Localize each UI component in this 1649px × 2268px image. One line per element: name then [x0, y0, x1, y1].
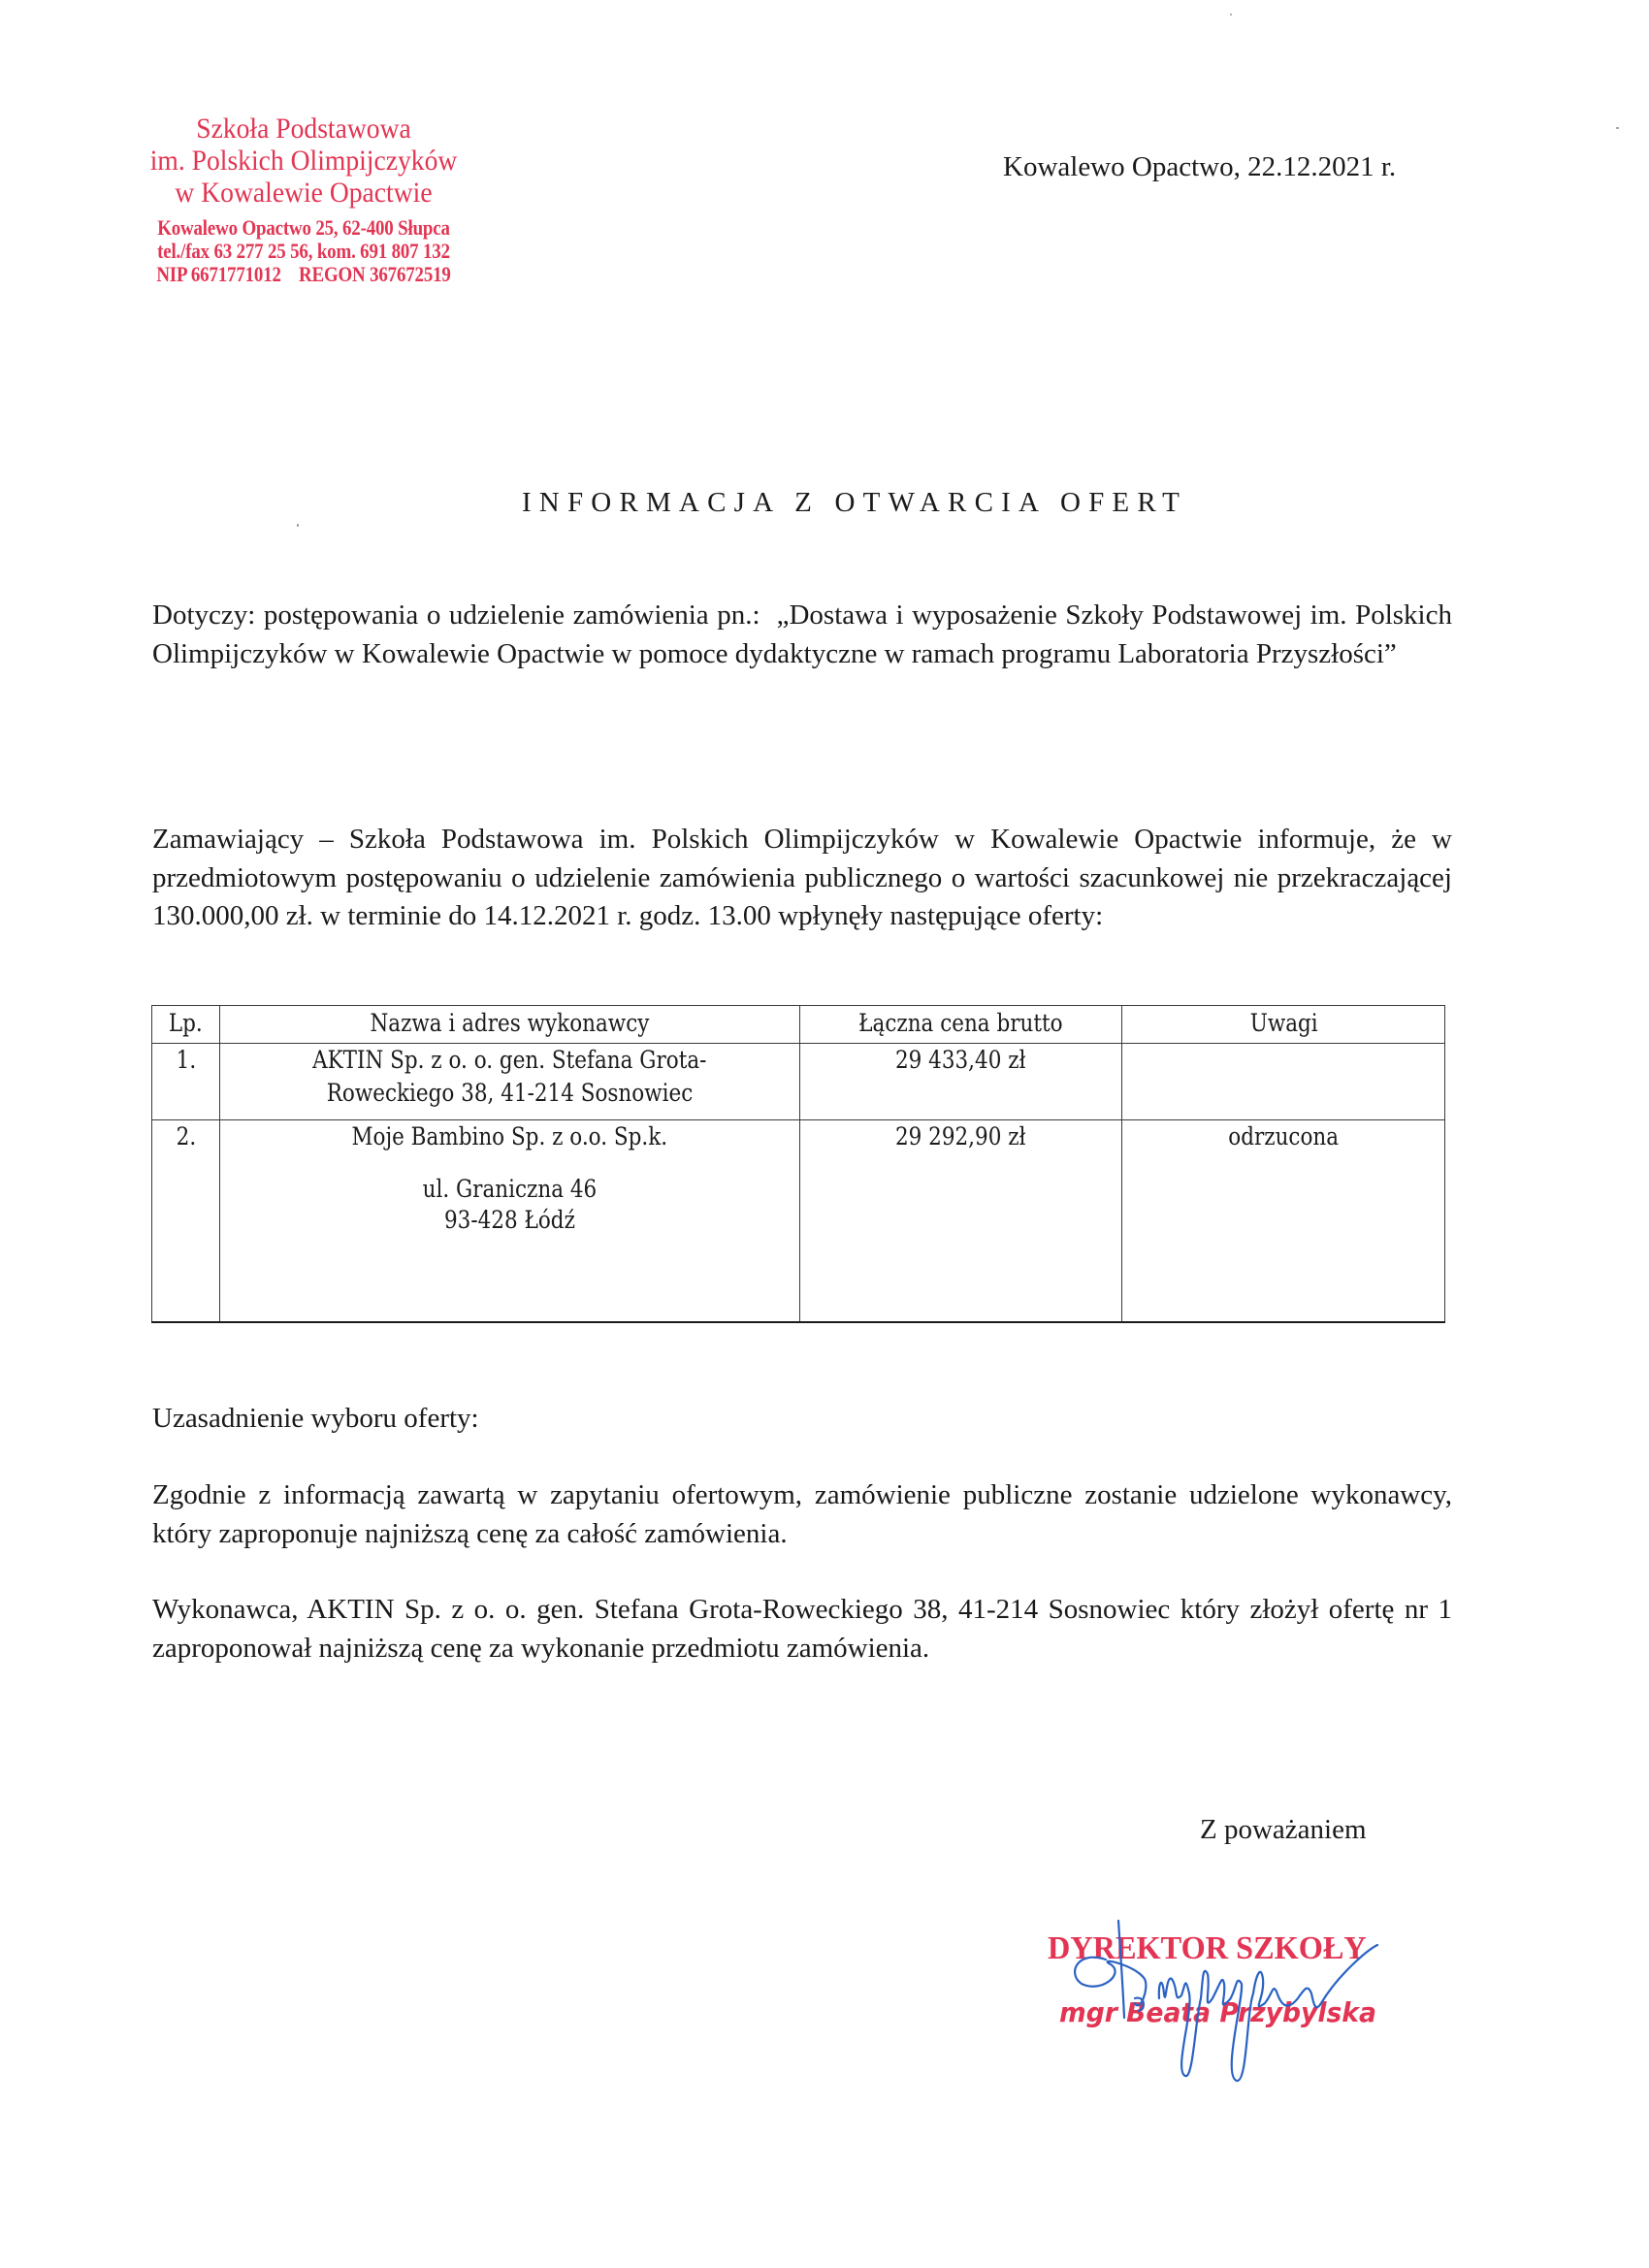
school-name-line-2: im. Polskich Olimpijczyków: [130, 145, 478, 177]
cell-notes: [1122, 1044, 1445, 1120]
school-header-stamp: Szkoła Podstawowa im. Polskich Olimpijcz…: [114, 113, 493, 286]
school-name-line-3: w Kowalewie Opactwie: [130, 177, 478, 209]
justification-paragraph-1: Zgodnie z informacją zawartą w zapytaniu…: [152, 1476, 1452, 1553]
table-row: 2. Moje Bambino Sp. z o.o. Sp.k. ul. Gra…: [152, 1120, 1445, 1323]
justification-paragraph-2: Wykonawca, AKTIN Sp. z o. o. gen. Stefan…: [152, 1591, 1452, 1668]
handwritten-signature-icon: [1057, 1906, 1406, 2120]
closing-salutation: Z poważaniem: [1200, 1814, 1367, 1846]
offers-table: Lp. Nazwa i adres wykonawcy Łączna cena …: [151, 1005, 1445, 1323]
cell-price: 29 292,90 zł: [799, 1120, 1122, 1323]
column-header-contractor: Nazwa i adres wykonawcy: [219, 1006, 799, 1044]
document-title: INFORMACJA Z OTWARCIA OFERT: [0, 487, 1649, 519]
cell-contractor: AKTIN Sp. z o. o. gen. Stefana Grota- Ro…: [219, 1044, 799, 1120]
justification-label: Uzasadnienie wyboru oferty:: [152, 1403, 479, 1435]
cell-lp: 1.: [152, 1044, 220, 1120]
column-header-lp: Lp.: [152, 1006, 220, 1044]
scan-speck: [1230, 14, 1232, 16]
school-phone: tel./fax 63 277 25 56, kom. 691 807 132: [141, 240, 466, 263]
scan-speck: [1616, 127, 1619, 129]
intro-paragraph: Zamawiający – Szkoła Podstawowa im. Pols…: [152, 821, 1452, 936]
school-name-line-1: Szkoła Podstawowa: [130, 113, 478, 145]
cell-lp: 2.: [152, 1120, 220, 1323]
scan-speck: [297, 524, 299, 527]
table-header-row: Lp. Nazwa i adres wykonawcy Łączna cena …: [152, 1006, 1445, 1044]
cell-contractor: Moje Bambino Sp. z o.o. Sp.k. ul. Granic…: [219, 1120, 799, 1323]
column-header-price: Łączna cena brutto: [799, 1006, 1122, 1044]
document-page: Szkoła Podstawowa im. Polskich Olimpijcz…: [0, 0, 1649, 2268]
cell-price: 29 433,40 zł: [799, 1044, 1122, 1120]
school-tax-ids: NIP 6671771012 REGON 367672519: [141, 263, 466, 286]
school-address: Kowalewo Opactwo 25, 62-400 Słupca: [141, 216, 466, 240]
column-header-notes: Uwagi: [1122, 1006, 1445, 1044]
subject-paragraph: Dotyczy: postępowania o udzielenie zamów…: [152, 597, 1452, 673]
table-row: 1. AKTIN Sp. z o. o. gen. Stefana Grota-…: [152, 1044, 1445, 1120]
place-and-date: Kowalewo Opactwo, 22.12.2021 r.: [1003, 151, 1396, 183]
cell-notes: odrzucona: [1122, 1120, 1445, 1323]
